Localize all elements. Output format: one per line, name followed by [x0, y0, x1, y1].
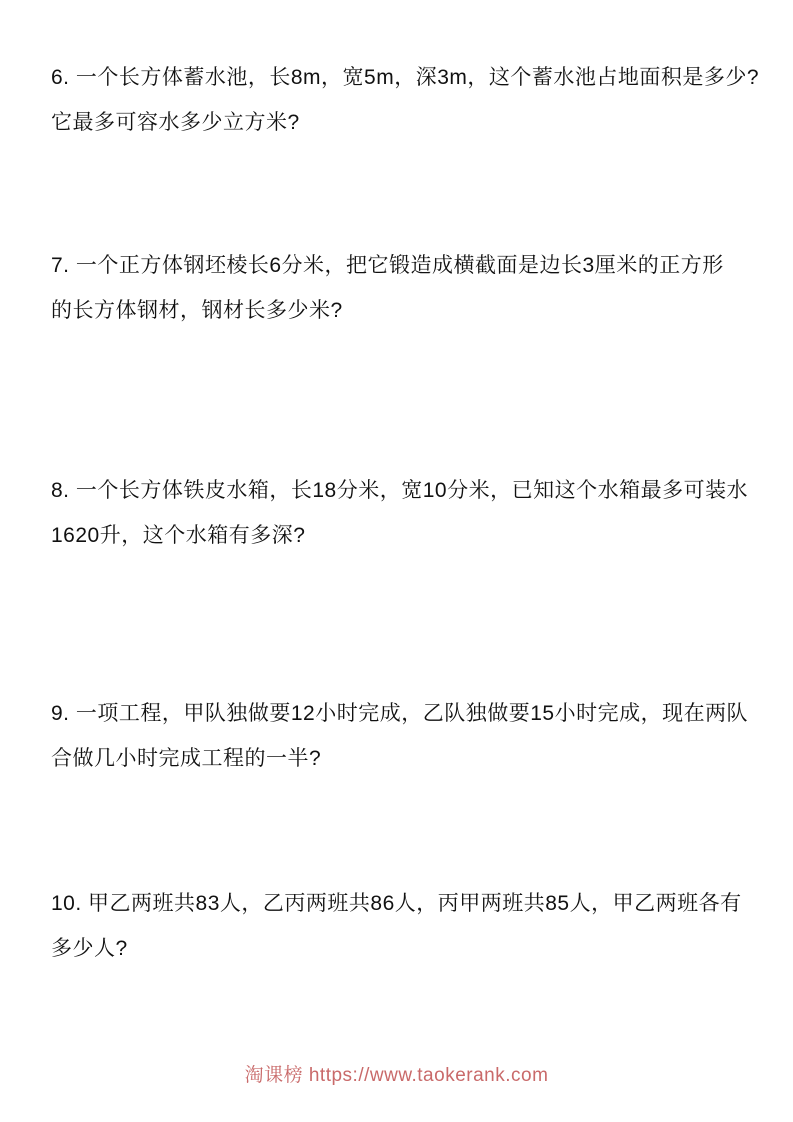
question-text-line: 7. 一个正方体钢坯棱长6分米，把它锻造成横截面是边长3厘米的正方形	[51, 243, 751, 288]
question-text-line: 多少人?	[51, 926, 751, 971]
footer-watermark: 淘课榜 https://www.taokerank.com	[0, 1061, 793, 1091]
question-8: 8. 一个长方体铁皮水箱，长18分米，宽10分米，已知这个水箱最多可装水 162…	[51, 468, 751, 558]
question-text-line: 它最多可容水多少立方米?	[51, 100, 751, 145]
worksheet-page: 6. 一个长方体蓄水池，长8m，宽5m，深3m，这个蓄水池占地面积是多少? 它最…	[0, 0, 793, 1122]
question-6: 6. 一个长方体蓄水池，长8m，宽5m，深3m，这个蓄水池占地面积是多少? 它最…	[51, 55, 751, 145]
question-text-line: 10. 甲乙两班共83人，乙丙两班共86人，丙甲两班共85人，甲乙两班各有	[51, 881, 751, 926]
question-9: 9. 一项工程，甲队独做要12小时完成，乙队独做要15小时完成，现在两队 合做几…	[51, 691, 751, 781]
question-7: 7. 一个正方体钢坯棱长6分米，把它锻造成横截面是边长3厘米的正方形 的长方体钢…	[51, 243, 751, 333]
question-text-line: 8. 一个长方体铁皮水箱，长18分米，宽10分米，已知这个水箱最多可装水	[51, 468, 751, 513]
question-text-line: 9. 一项工程，甲队独做要12小时完成，乙队独做要15小时完成，现在两队	[51, 691, 751, 736]
question-text-line: 的长方体钢材，钢材长多少米?	[51, 288, 751, 333]
question-text-line: 1620升，这个水箱有多深?	[51, 513, 751, 558]
question-10: 10. 甲乙两班共83人，乙丙两班共86人，丙甲两班共85人，甲乙两班各有 多少…	[51, 881, 751, 971]
question-text-line: 6. 一个长方体蓄水池，长8m，宽5m，深3m，这个蓄水池占地面积是多少?	[51, 55, 751, 100]
question-text-line: 合做几小时完成工程的一半?	[51, 736, 751, 781]
